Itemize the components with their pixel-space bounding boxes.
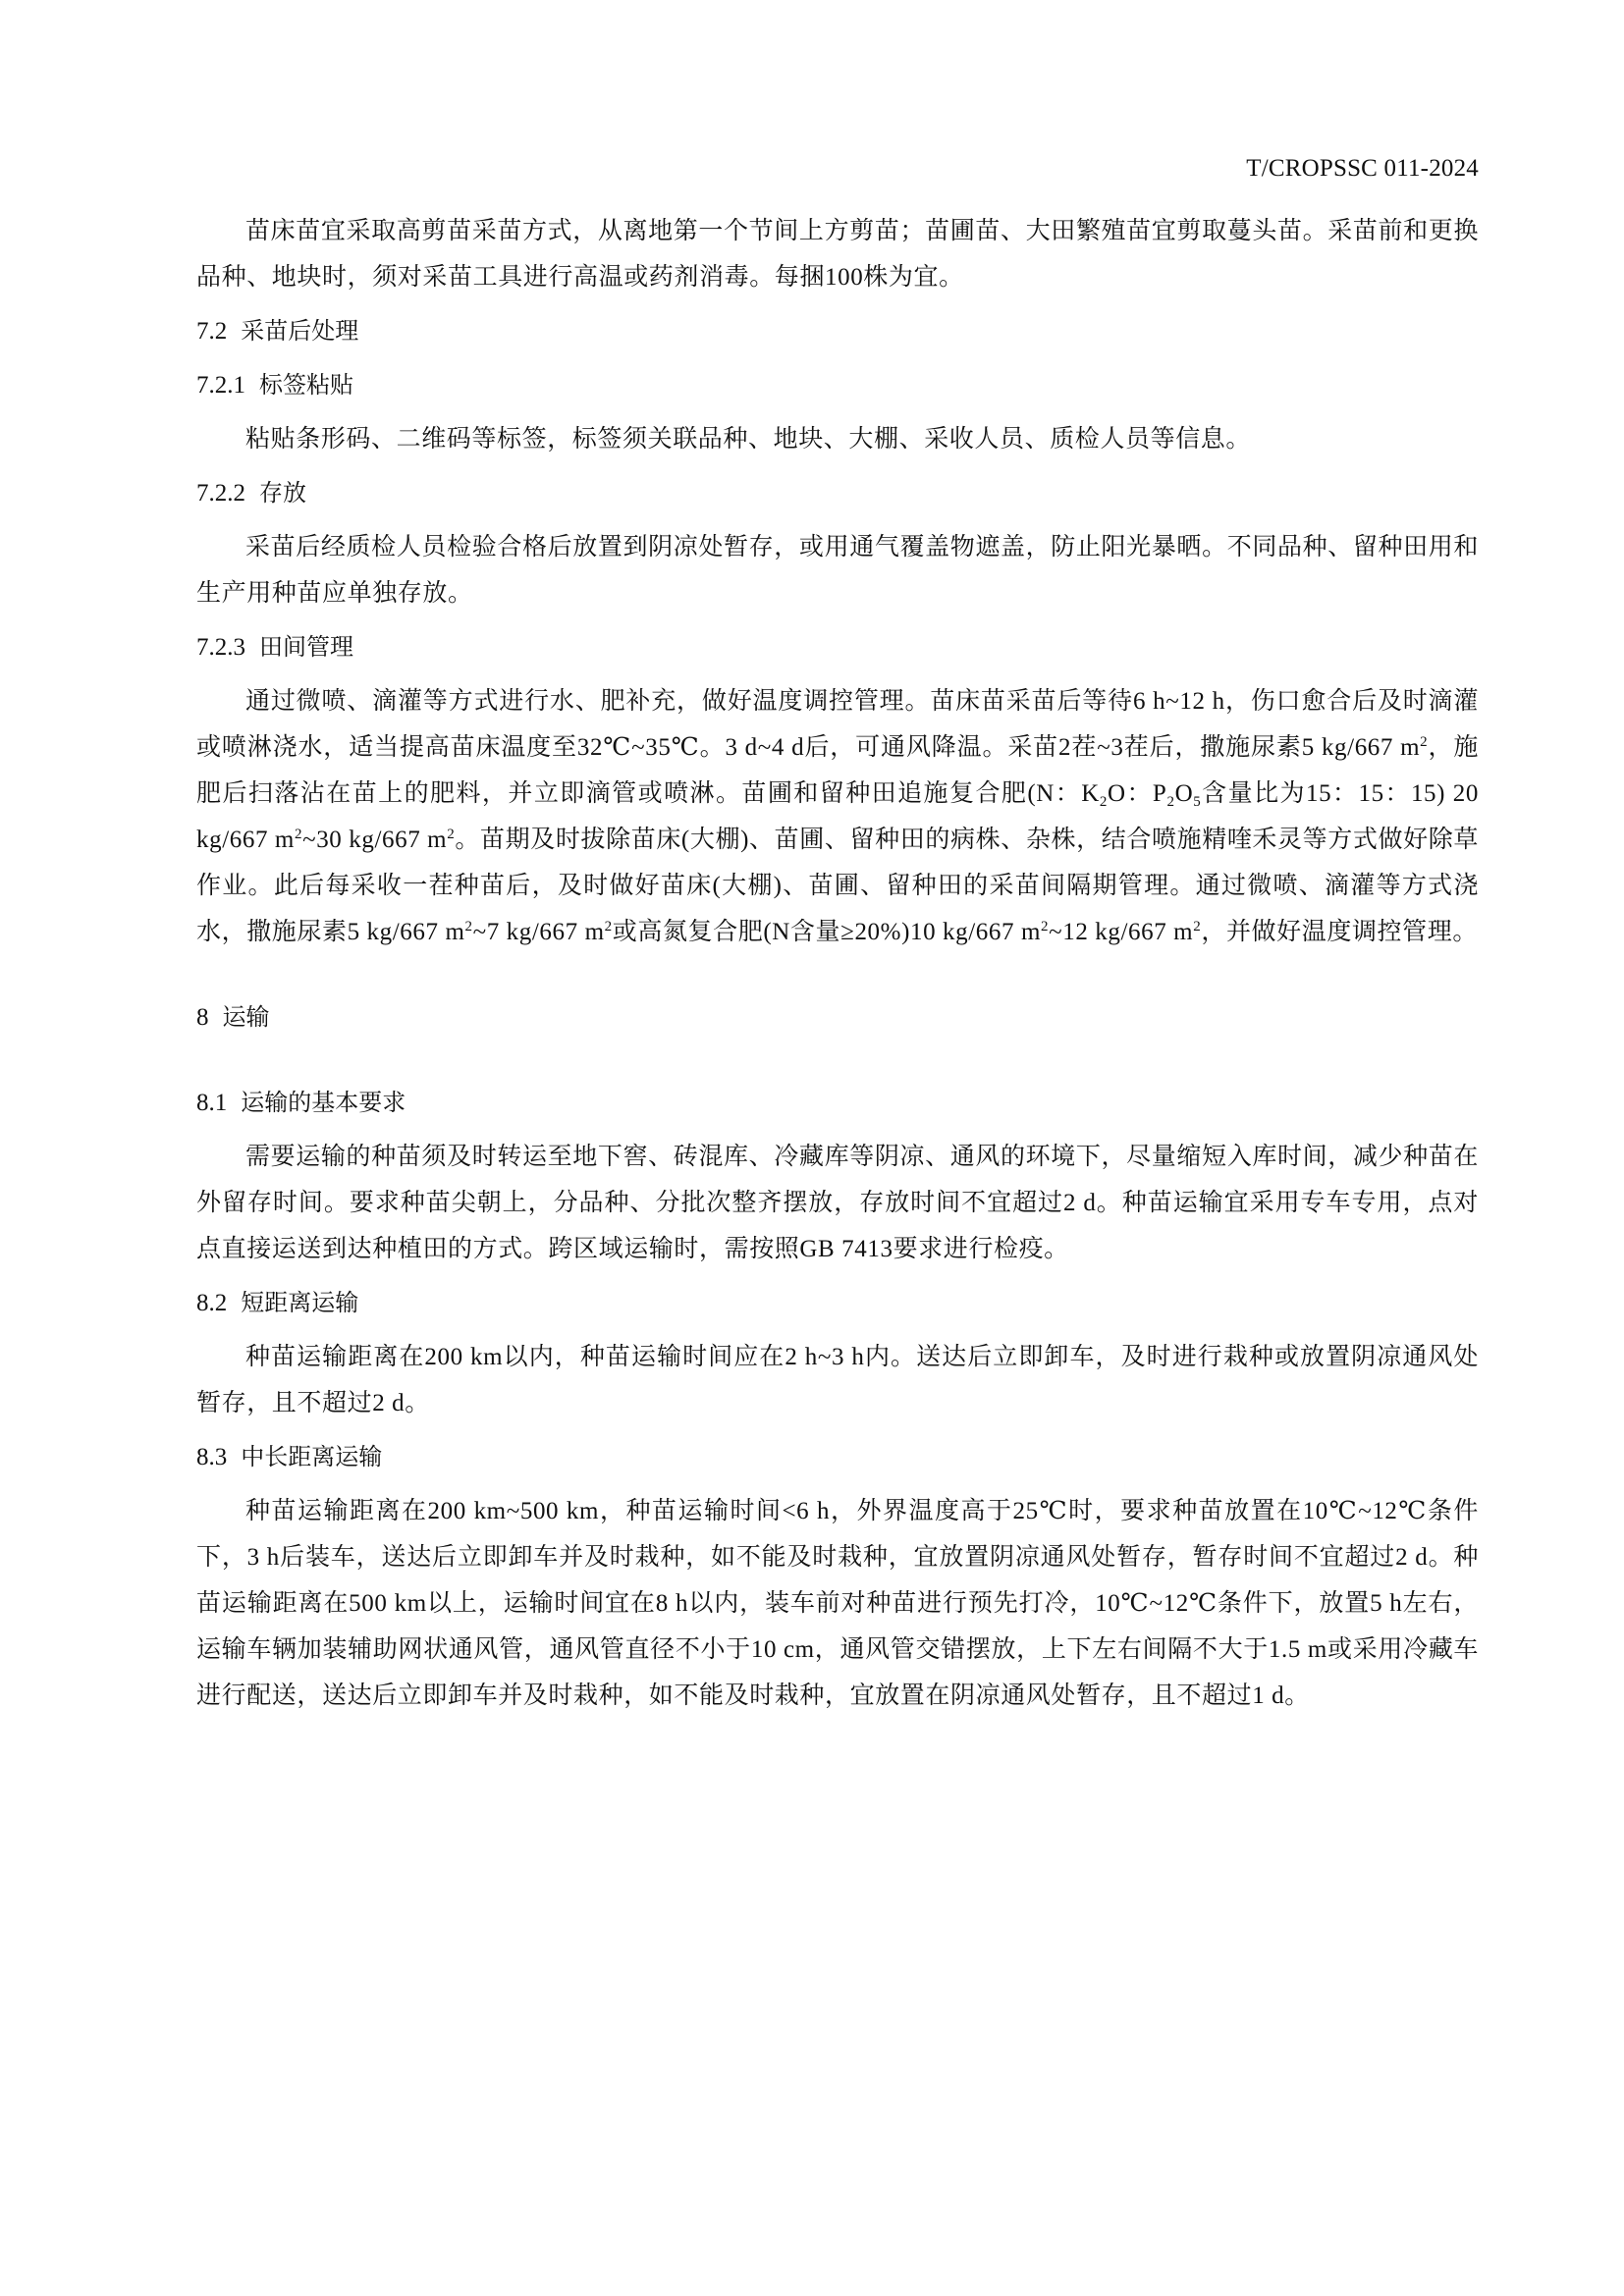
section-number: 7.2.3 bbox=[196, 634, 245, 661]
section-title: 存放 bbox=[259, 479, 306, 507]
label-paragraph: 粘贴条形码、二维码等标签，标签须关联品种、地块、大棚、采收人员、质检人员等信息。 bbox=[196, 416, 1479, 462]
document-page: T/CROPSSC 011-2024 苗床苗宜采取高剪苗采苗方式，从离地第一个节… bbox=[0, 0, 1624, 2296]
section-title: 标签粘贴 bbox=[259, 371, 353, 399]
section-7-2-heading: 7.2采苗后处理 bbox=[196, 308, 1479, 354]
section-8-heading: 8运输 bbox=[196, 994, 1479, 1041]
section-title: 短距离运输 bbox=[241, 1289, 358, 1316]
section-number: 8.1 bbox=[196, 1090, 227, 1116]
section-number: 7.2.2 bbox=[196, 480, 245, 507]
section-8-1-heading: 8.1运输的基本要求 bbox=[196, 1080, 1479, 1126]
storage-paragraph: 采苗后经质检人员检验合格后放置到阴凉处暂存，或用通气覆盖物遮盖，防止阳光暴晒。不… bbox=[196, 524, 1479, 616]
section-number: 8 bbox=[196, 1004, 209, 1031]
section-7-2-1-heading: 7.2.1标签粘贴 bbox=[196, 362, 1479, 408]
section-title: 采苗后处理 bbox=[241, 317, 358, 345]
document-body: 苗床苗宜采取高剪苗采苗方式，从离地第一个节间上方剪苗；苗圃苗、大田繁殖苗宜剪取蔓… bbox=[196, 208, 1479, 1719]
section-number: 8.3 bbox=[196, 1444, 227, 1470]
section-8-3-heading: 8.3中长距离运输 bbox=[196, 1434, 1479, 1480]
section-title: 运输 bbox=[223, 1003, 270, 1031]
intro-paragraph: 苗床苗宜采取高剪苗采苗方式，从离地第一个节间上方剪苗；苗圃苗、大田繁殖苗宜剪取蔓… bbox=[196, 208, 1479, 300]
section-number: 8.2 bbox=[196, 1290, 227, 1316]
section-number: 7.2.1 bbox=[196, 372, 245, 399]
short-distance-paragraph: 种苗运输距离在200 km以内，种苗运输时间应在2 h~3 h内。送达后立即卸车… bbox=[196, 1334, 1479, 1426]
section-number: 7.2 bbox=[196, 318, 227, 345]
transport-requirements-paragraph: 需要运输的种苗须及时转运至地下窖、砖混库、冷藏库等阴凉、通风的环境下，尽量缩短入… bbox=[196, 1134, 1479, 1272]
section-7-2-3-heading: 7.2.3田间管理 bbox=[196, 624, 1479, 670]
section-7-2-2-heading: 7.2.2存放 bbox=[196, 470, 1479, 516]
field-management-paragraph: 通过微喷、滴灌等方式进行水、肥补充，做好温度调控管理。苗床苗采苗后等待6 h~1… bbox=[196, 678, 1479, 955]
document-code-header: T/CROPSSC 011-2024 bbox=[1246, 155, 1479, 183]
section-title: 田间管理 bbox=[259, 633, 353, 661]
section-8-2-heading: 8.2短距离运输 bbox=[196, 1280, 1479, 1326]
section-title: 中长距离运输 bbox=[241, 1443, 382, 1470]
section-title: 运输的基本要求 bbox=[241, 1089, 406, 1116]
long-distance-paragraph: 种苗运输距离在200 km~500 km，种苗运输时间<6 h，外界温度高于25… bbox=[196, 1488, 1479, 1719]
